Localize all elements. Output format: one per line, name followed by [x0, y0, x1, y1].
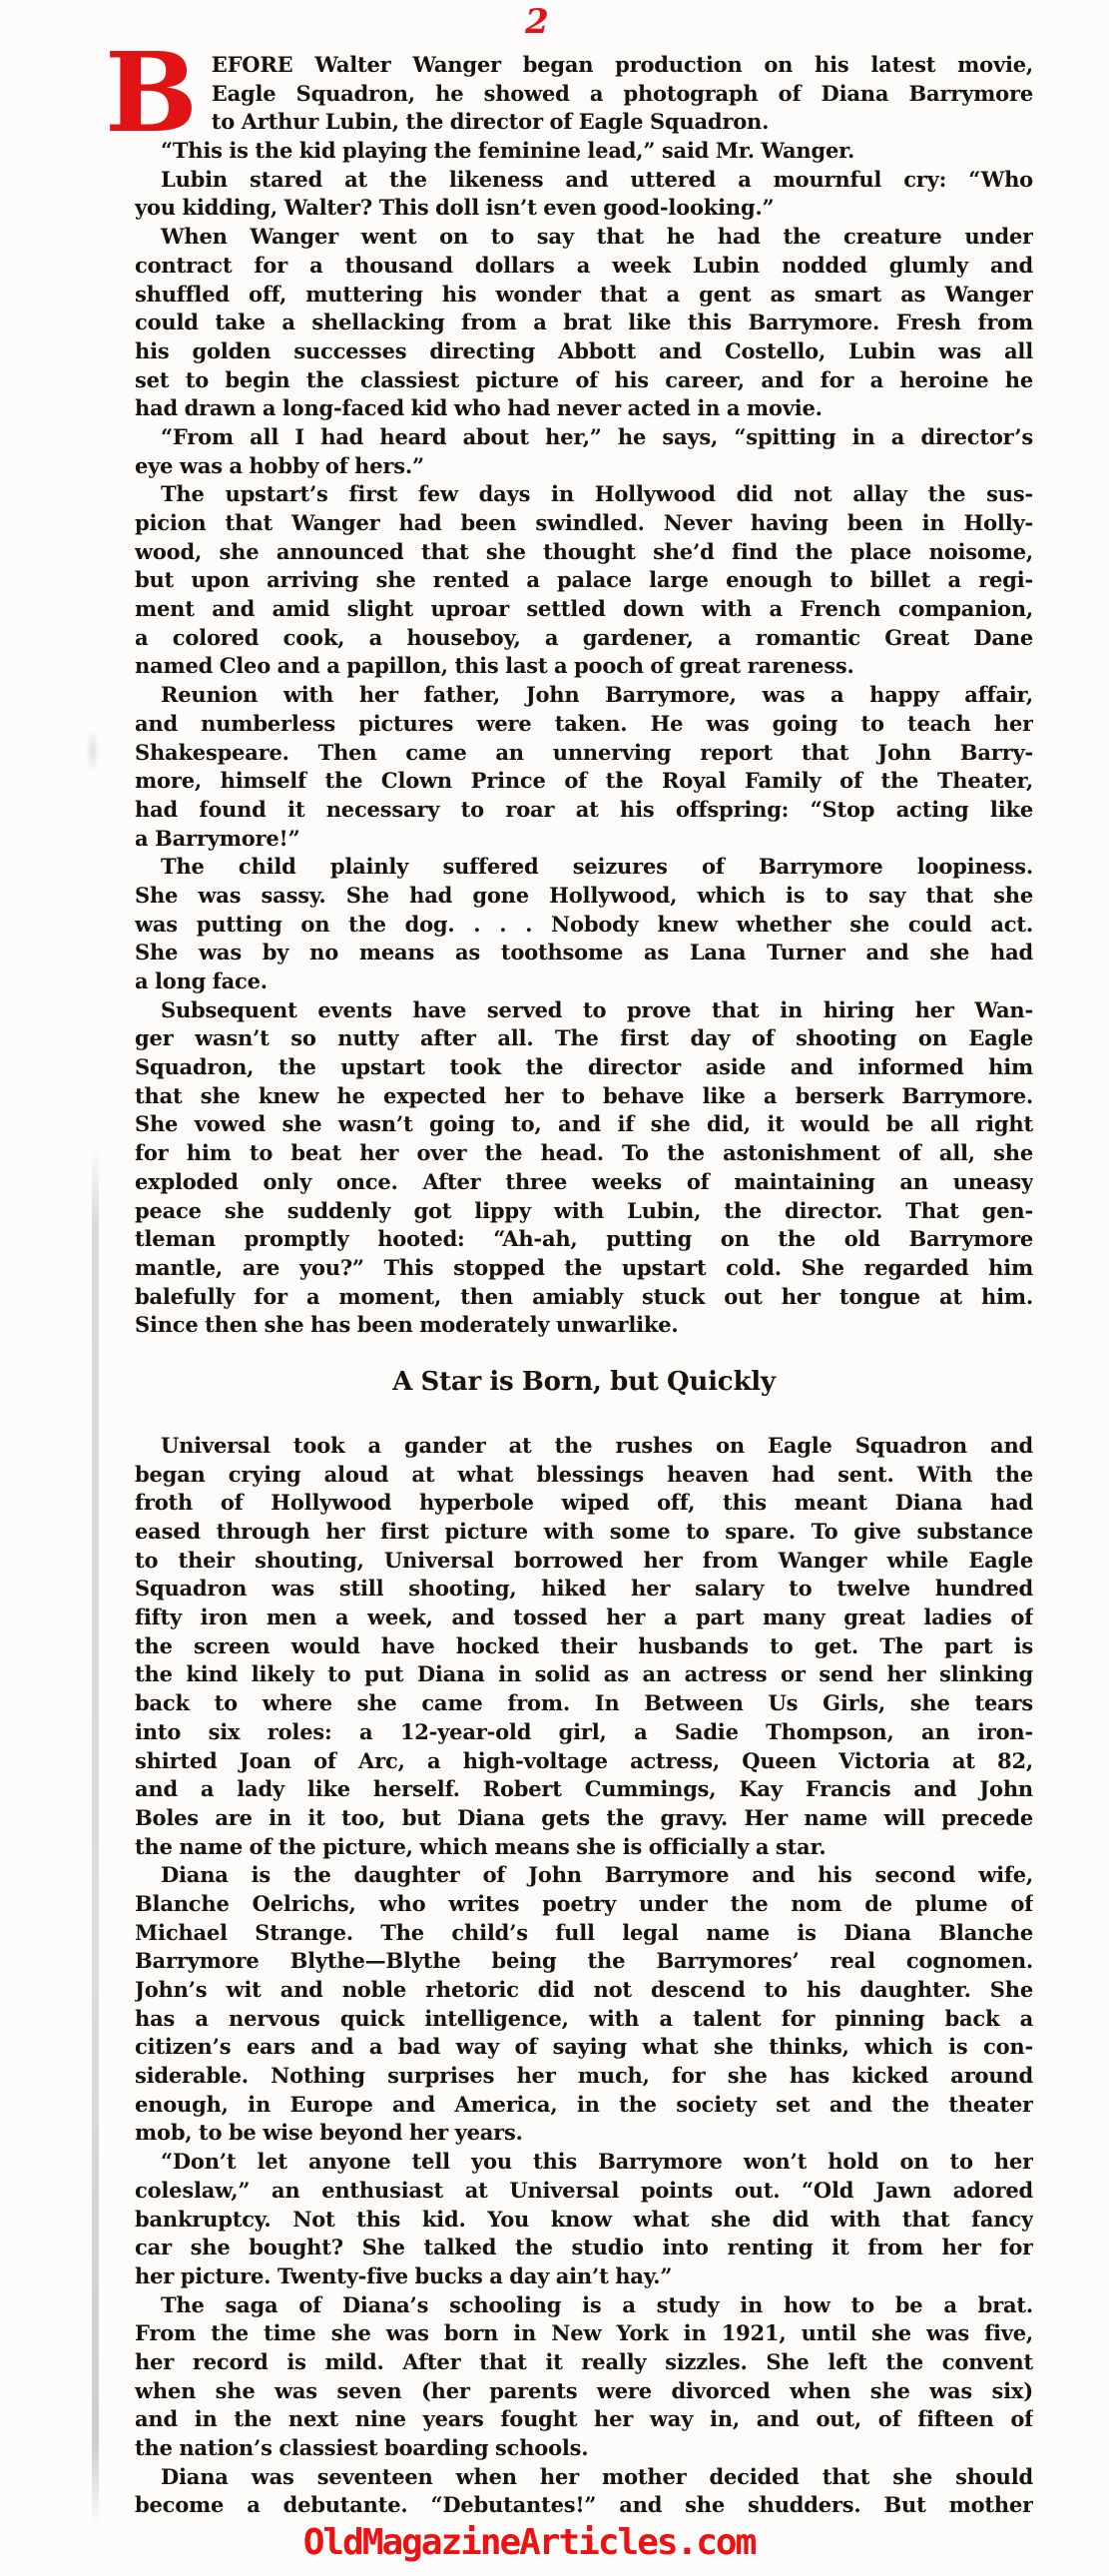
- paragraph-3: Lubin stared at the likeness and uttered…: [135, 166, 1033, 223]
- text-line: Since then she has been moderately unwar…: [135, 1311, 1033, 1340]
- text-line: Squadron was still shooting, hiked her s…: [135, 1575, 1033, 1604]
- paragraph-2: “This is the kid playing the feminine le…: [135, 137, 1033, 166]
- text-line: citizen’s ears and a bad way of saying w…: [135, 2033, 1033, 2062]
- text-line: back to where she came from. In Between …: [135, 1689, 1033, 1718]
- text-line: contract for a thousand dollars a week L…: [135, 252, 1033, 281]
- paragraph-6: The upstart’s first few days in Hollywoo…: [135, 480, 1033, 681]
- text-line: Universal took a gander at the rushes on…: [135, 1432, 1033, 1461]
- text-line: She was sassy. She had gone Hollywood, w…: [135, 882, 1033, 911]
- text-line: Michael Strange. The child’s full legal …: [135, 1919, 1033, 1948]
- text-line: John’s wit and noble rhetoric did not de…: [135, 1976, 1033, 2005]
- text-line: shuffled off, muttering his wonder that …: [135, 281, 1033, 310]
- text-line: The child plainly suffered seizures of B…: [135, 853, 1033, 882]
- text-line: Squadron, the upstart took the director …: [135, 1053, 1033, 1082]
- page-edge-smudge: [86, 729, 100, 773]
- text-line: “From all I had heard about her,” he say…: [135, 423, 1033, 452]
- text-line: Diana is the daughter of John Barrymore …: [135, 1861, 1033, 1890]
- paragraph-11: Diana is the daughter of John Barrymore …: [135, 1861, 1033, 2148]
- text-line: Reunion with her father, John Barrymore,…: [135, 681, 1033, 710]
- text-line: EFORE Walter Wanger began production on …: [212, 51, 1033, 80]
- text-line: but upon arriving she rented a palace la…: [135, 566, 1033, 595]
- text-line: a long face.: [135, 967, 1033, 996]
- text-line: and numberless pictures were taken. He w…: [135, 710, 1033, 739]
- text-line: eased through her first picture with som…: [135, 1518, 1033, 1547]
- text-line: the screen would have hocked their husba…: [135, 1632, 1033, 1661]
- text-line: his golden successes directing Abbott an…: [135, 337, 1033, 366]
- text-line: coleslaw,” an enthusiast at Universal po…: [135, 2177, 1033, 2206]
- text-line: When Wanger went on to say that he had t…: [135, 223, 1033, 252]
- text-line: “Don’t let anyone tell you this Barrymor…: [135, 2148, 1033, 2177]
- paragraph-13: The saga of Diana’s schooling is a study…: [135, 2291, 1033, 2463]
- text-line: the nation’s classiest boarding schools.: [135, 2434, 1033, 2463]
- watermark: OldMagazineArticles.com: [0, 2520, 1058, 2566]
- paragraph-8: The child plainly suffered seizures of B…: [135, 853, 1033, 995]
- text-line: wood, she announced that she thought she…: [135, 538, 1033, 567]
- text-line: for him to beat her over the head. To th…: [135, 1139, 1033, 1168]
- text-line: tleman promptly hooted: “Ah-ah, putting …: [135, 1225, 1033, 1254]
- text-line: Barrymore Blythe—Blythe being the Barrym…: [135, 1947, 1033, 1976]
- text-line: fifty iron men a week, and tossed her a …: [135, 1604, 1033, 1632]
- text-line: Eagle Squadron, he showed a photograph o…: [212, 80, 1033, 109]
- text-line: eye was a hobby of hers.”: [135, 452, 1033, 481]
- text-line: shirted Joan of Arc, a high-voltage actr…: [135, 1747, 1033, 1776]
- text-line: peace she suddenly got lippy with Lubin,…: [135, 1197, 1033, 1226]
- text-line: Lubin stared at the likeness and uttered…: [135, 166, 1033, 195]
- paragraph-4: When Wanger went on to say that he had t…: [135, 223, 1033, 423]
- text-line: The upstart’s first few days in Hollywoo…: [135, 480, 1033, 509]
- text-line: a colored cook, a houseboy, a gardener, …: [135, 624, 1033, 653]
- text-line: more, himself the Clown Prince of the Ro…: [135, 767, 1033, 796]
- text-line: to their shouting, Universal borrowed he…: [135, 1547, 1033, 1576]
- text-line: began crying aloud at what blessings hea…: [135, 1461, 1033, 1490]
- text-line: mantle, are you?” This stopped the upsta…: [135, 1254, 1033, 1283]
- text-line: picion that Wanger had been swindled. Ne…: [135, 509, 1033, 538]
- text-line: car she bought? She talked the studio in…: [135, 2234, 1033, 2262]
- text-line: froth of Hollywood hyperbole wiped off, …: [135, 1489, 1033, 1518]
- text-line: Diana was seventeen when her mother deci…: [135, 2463, 1033, 2492]
- paragraph-1: B EFORE Walter Wanger began production o…: [135, 51, 1033, 137]
- text-line: her record is mild. After that it really…: [135, 2348, 1033, 2377]
- text-line: siderable. Nothing surprises her much, f…: [135, 2062, 1033, 2091]
- text-line: enough, in Europe and America, in the so…: [135, 2091, 1033, 2120]
- text-line: set to begin the classiest picture of hi…: [135, 366, 1033, 395]
- text-line: balefully for a moment, then amiably stu…: [135, 1283, 1033, 1312]
- text-line: ment and amid slight uproar settled down…: [135, 595, 1033, 624]
- paragraph-7: Reunion with her father, John Barrymore,…: [135, 681, 1033, 853]
- text-line: Subsequent events have served to prove t…: [135, 996, 1033, 1025]
- text-line: has a nervous quick intelligence, with a…: [135, 2005, 1033, 2034]
- text-line: Shakespeare. Then came an unnerving repo…: [135, 739, 1033, 768]
- text-line: exploded only once. After three weeks of…: [135, 1168, 1033, 1197]
- text-line: when she was seven (her parents were div…: [135, 2377, 1033, 2406]
- section-heading: A Star is Born, but Quickly: [135, 1366, 1033, 1398]
- text-line: a Barrymore!”: [135, 825, 1033, 854]
- text-line: become a debutante. “Debutantes!” and sh…: [135, 2491, 1033, 2520]
- text-line: bankruptcy. Not this kid. You know what …: [135, 2206, 1033, 2235]
- text-line: and in the next nine years fought her wa…: [135, 2405, 1033, 2434]
- paragraph-12: “Don’t let anyone tell you this Barrymor…: [135, 2148, 1033, 2290]
- text-line: had found it necessary to roar at his of…: [135, 796, 1033, 825]
- text-line: was putting on the dog. . . . Nobody kne…: [135, 911, 1033, 940]
- paragraph-5: “From all I had heard about her,” he say…: [135, 423, 1033, 480]
- text-line: into six roles: a 12-year-old girl, a Sa…: [135, 1718, 1033, 1747]
- text-line: you kidding, Walter? This doll isn’t eve…: [135, 194, 1033, 223]
- page-edge-artifact: [92, 1148, 99, 2528]
- text-line: ger wasn’t so nutty after all. The first…: [135, 1024, 1033, 1053]
- text-line: Boles are in it too, but Diana gets the …: [135, 1804, 1033, 1833]
- text-line: that she knew he expected her to behave …: [135, 1082, 1033, 1111]
- text-line: “This is the kid playing the feminine le…: [135, 137, 1033, 166]
- text-line: to Arthur Lubin, the director of Eagle S…: [212, 108, 1033, 137]
- text-line: her picture. Twenty-five bucks a day ain…: [135, 2262, 1033, 2291]
- text-line: named Cleo and a papillon, this last a p…: [135, 652, 1033, 681]
- paragraph-10: Universal took a gander at the rushes on…: [135, 1432, 1033, 1861]
- article-body: B EFORE Walter Wanger began production o…: [135, 51, 1033, 2520]
- text-line: could take a shellacking from a brat lik…: [135, 309, 1033, 337]
- text-line: and a lady like herself. Robert Cummings…: [135, 1775, 1033, 1804]
- text-line: the name of the picture, which means she…: [135, 1833, 1033, 1862]
- text-line: She was by no means as toothsome as Lana…: [135, 939, 1033, 967]
- text-line: Blanche Oelrichs, who writes poetry unde…: [135, 1890, 1033, 1919]
- text-line: mob, to be wise beyond her years.: [135, 2119, 1033, 2148]
- text-line: The saga of Diana’s schooling is a study…: [135, 2291, 1033, 2320]
- text-line: had drawn a long-faced kid who had never…: [135, 394, 1033, 423]
- drop-cap: B: [105, 53, 198, 133]
- paragraph-9: Subsequent events have served to prove t…: [135, 996, 1033, 1340]
- paragraph-1-lines: EFORE Walter Wanger began production on …: [135, 51, 1033, 137]
- text-line: the kind likely to put Diana in solid as…: [135, 1660, 1033, 1689]
- paragraph-14: Diana was seventeen when her mother deci…: [135, 2463, 1033, 2520]
- text-line: From the time she was born in New York i…: [135, 2319, 1033, 2348]
- text-line: She vowed she wasn’t going to, and if sh…: [135, 1110, 1033, 1139]
